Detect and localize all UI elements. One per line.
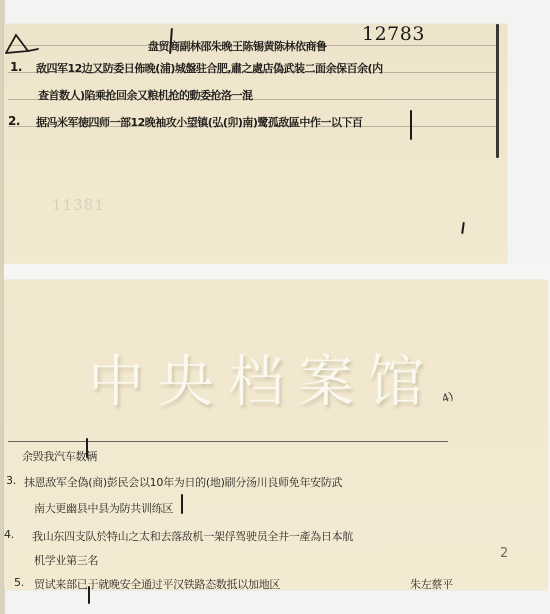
document-number: 12783 (362, 23, 425, 45)
item-number: 5. (14, 576, 24, 589)
item-4-line-2: 机学业第三名 (34, 552, 98, 568)
pen-stroke (88, 586, 90, 604)
item-4-line-1: 我山东四支队於特山之太和去落敌机一架俘驾驶员全井一產為日本航 (32, 528, 353, 544)
pen-stroke (410, 110, 412, 140)
sheet-gap (4, 264, 550, 280)
item-3-line-1: 抹恩敌军全偽(商)彭民会以10年为日的(地)刷分汤川良师免年安防武 (24, 474, 342, 490)
margin-line (496, 24, 499, 158)
page-number: 2 (500, 546, 508, 561)
archive-watermark: 中央档案馆 (88, 338, 438, 418)
triangle-mark-icon (2, 31, 42, 61)
pen-stroke (181, 494, 183, 514)
faint-stamp: 11381 (52, 196, 105, 214)
item-number: 3. (6, 474, 16, 487)
item-2-line-1: 据冯米军徳四师一部12晚袖攻小望镇(弘(卯)南)鹭孤敌區中作一以下百 (36, 114, 362, 130)
item-1-line-2: 查首数人)陷乘抢回余又粮机抢的動委抢洛一混 (38, 87, 253, 103)
signature: 朱左蔡平 (410, 576, 453, 592)
item-3-line-2: 南大更幽县中县为防共训练区 (34, 500, 173, 516)
item-number: 4. (4, 528, 14, 541)
pen-stroke (86, 438, 88, 458)
item-5-line-1: 贸试来部已于就晚安全通过平汉铁路态数抵以加地区 (34, 576, 280, 592)
document-heading: 盘贸商副林邵朱晚王陈锡黄陈林依商鲁 (148, 38, 327, 54)
item-number: 1. (10, 60, 22, 74)
separator-line (8, 441, 448, 442)
item-1-line-1: 敌四军12边又防委日佈晚(浦)城盤驻合肥,肅之處店偽武装二面余保百余(内 (36, 60, 383, 76)
item-number: 2. (8, 114, 20, 128)
